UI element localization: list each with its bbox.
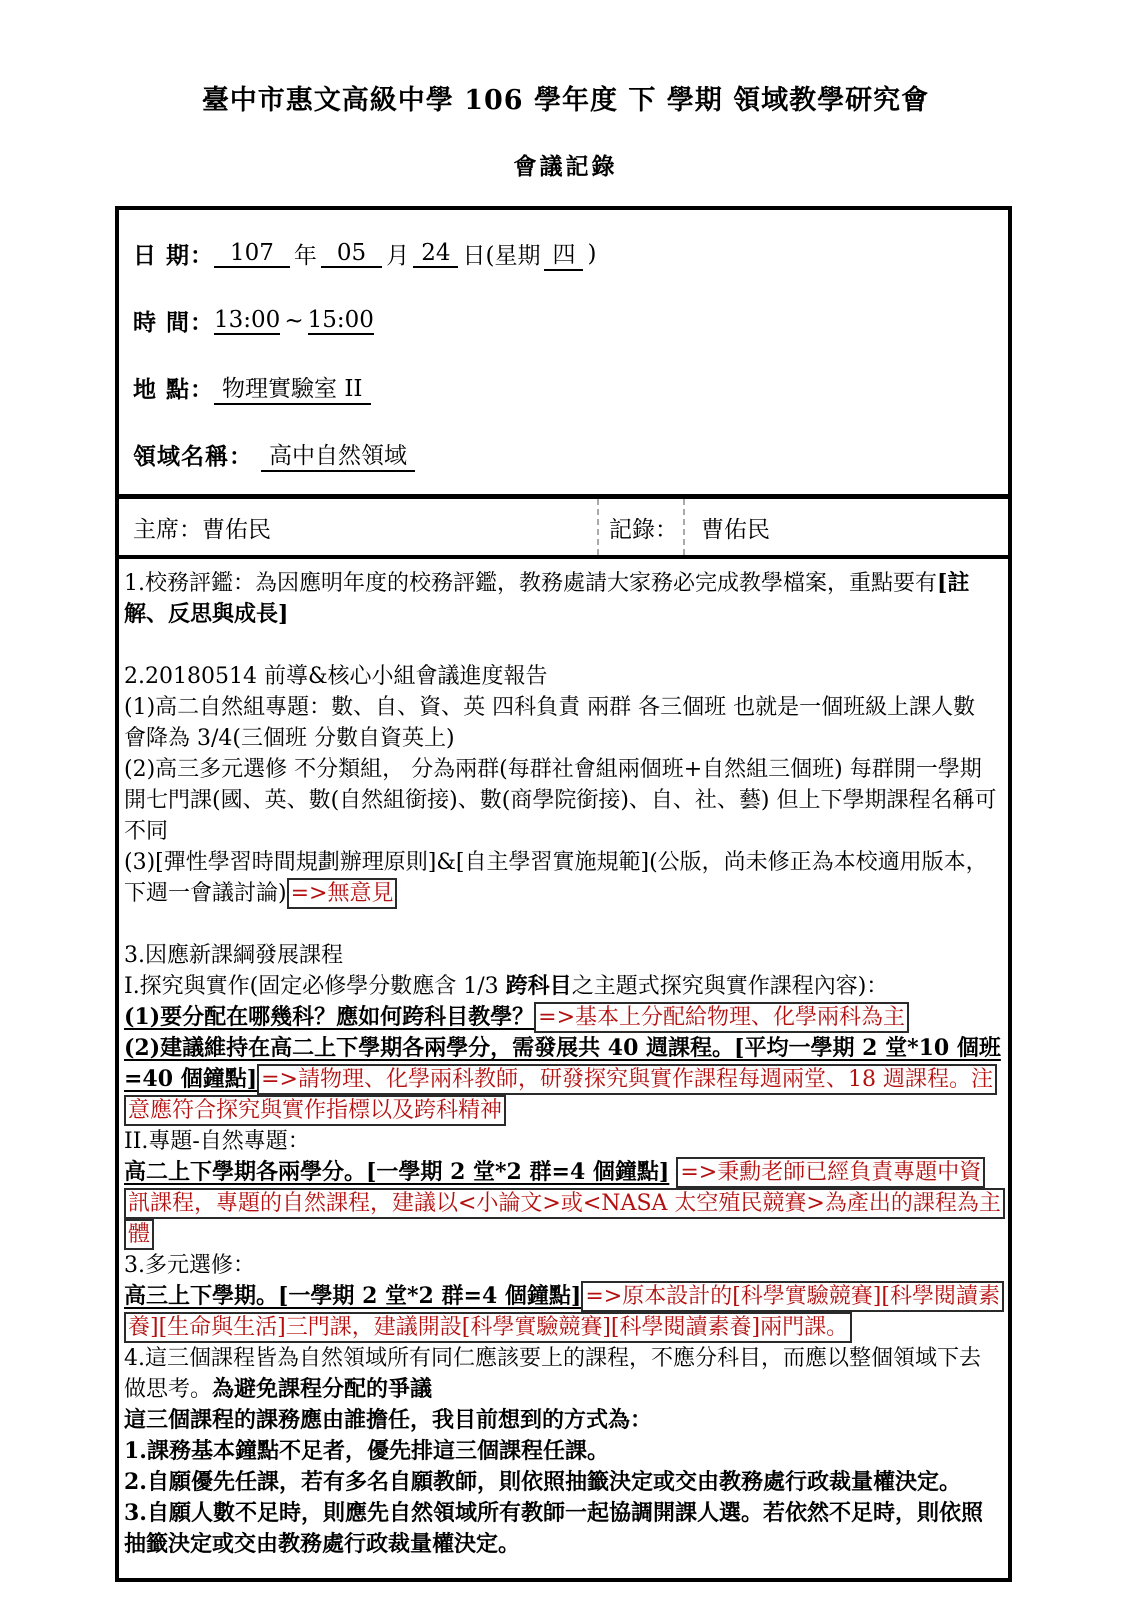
time-start-value: 13:00 — [214, 307, 280, 335]
place-value: 物理實驗室 II — [214, 370, 370, 405]
annotation-red-boxed-text: =>無意見 — [287, 878, 398, 909]
text-run: 為避免課程分配的爭議 — [212, 1376, 432, 1402]
minutes-paragraph: 2.自願優先任課，若有多名自願教師，則依照抽籤決定或交由教務處行政裁量權決定。 — [124, 1467, 1002, 1498]
text-run: 1.校務評鑑：為因應明年度的校務評鑑，教務處請大家務必完成教學檔案，重點要有 — [124, 571, 937, 596]
date-close-paren: ) — [583, 241, 600, 267]
minutes-paragraph: 3.多元選修： — [124, 1250, 1002, 1281]
text-run: (1)高二自然組專題：數、自、資、英 四科負責 兩群 各三個班 也就是一個班級上… — [124, 695, 975, 751]
minutes-paragraph: 3.因應新課綱發展課程 — [124, 940, 1002, 971]
text-run: 3.多元選修： — [124, 1253, 255, 1278]
text-run: 3.自願人數不足時，則應先自然領域所有教師一起協調開課人選。若依然不足時，則依照… — [124, 1500, 983, 1557]
chair-label: 主席： — [133, 511, 202, 544]
date-year-unit: 年 — [290, 237, 321, 270]
text-run: 這三個課程的課務應由誰擔任，我目前想到的方式為： — [124, 1407, 652, 1433]
date-day-unit: 日(星期 — [458, 237, 544, 270]
minutes-table: 日 期： 107 年 05 月 24 日(星期 四 ) 時 間： 13:00 ~… — [115, 206, 1012, 1582]
domain-row: 領域名稱： 高中自然領域 — [133, 421, 998, 488]
chair-row: 主席： 曹佑民 記錄： 曹佑民 — [119, 499, 1008, 559]
text-run: 3.因應新課綱發展課程 — [124, 943, 343, 968]
minutes-paragraph: (1)高二自然組專題：數、自、資、英 四科負責 兩群 各三個班 也就是一個班級上… — [124, 692, 1002, 754]
text-run: I.探究與實作(固定必修學分數應含 1/3 — [124, 974, 506, 999]
minutes-paragraph: (3)[彈性學習時間規劃辦理原則]&[自主學習實施規範](公版，尚未修正為本校適… — [124, 847, 1002, 909]
minutes-paragraph: 4.這三個課程皆為自然領域所有同仁應該要上的課程，不應分科目，而應以整個領域下去… — [124, 1343, 1002, 1405]
date-year-value: 107 — [214, 240, 290, 268]
time-end-value: 15:00 — [308, 307, 374, 335]
minutes-paragraph: I.探究與實作(固定必修學分數應含 1/3 跨科目之主題式探究與實作課程內容)： — [124, 971, 1002, 1002]
date-weekday-value: 四 — [544, 236, 583, 271]
text-run: 高二上下學期各兩學分。[一學期 2 堂*2 群=4 個鐘點] — [124, 1159, 669, 1185]
page-title: 臺中市惠文高級中學 106 學年度 下 學期 領域教學研究會 — [0, 78, 1131, 117]
text-run: (1)要分配在哪幾科？應如何跨科目教學？ — [124, 1004, 534, 1030]
place-row: 地 點： 物理實驗室 II — [133, 354, 998, 421]
date-row: 日 期： 107 年 05 月 24 日(星期 四 ) — [133, 220, 998, 287]
date-day-value: 24 — [413, 240, 458, 268]
time-label: 時 間： — [133, 304, 214, 337]
info-section: 日 期： 107 年 05 月 24 日(星期 四 ) 時 間： 13:00 ~… — [119, 210, 1008, 499]
minutes-paragraph: 3.自願人數不足時，則應先自然領域所有教師一起協調開課人選。若依然不足時，則依照… — [124, 1498, 1002, 1560]
text-run: 2.20180514 前導&核心小組會議進度報告 — [124, 664, 548, 689]
recorder-name-cell: 曹佑民 — [685, 499, 1008, 555]
page-subtitle: 會議記錄 — [0, 148, 1131, 181]
minutes-body: 1.校務評鑑：為因應明年度的校務評鑑，教務處請大家務必完成教學檔案，重點要有[註… — [119, 559, 1008, 1578]
minutes-paragraph — [124, 909, 1002, 940]
text-run: II.專題-自然專題： — [124, 1129, 310, 1154]
minutes-paragraph: 高三上下學期。[一學期 2 堂*2 群=4 個鐘點]=>原本設計的[科學實驗競賽… — [124, 1281, 1002, 1343]
minutes-paragraph — [124, 630, 1002, 661]
text-run: 跨科目 — [506, 973, 572, 999]
minutes-paragraph: 1.課務基本鐘點不足者，優先排這三個課程任課。 — [124, 1436, 1002, 1467]
recorder-label: 記錄： — [609, 511, 678, 544]
place-label: 地 點： — [133, 371, 214, 404]
date-month-unit: 月 — [382, 237, 413, 270]
minutes-paragraph: 2.20180514 前導&核心小組會議進度報告 — [124, 661, 1002, 692]
minutes-paragraph: 高二上下學期各兩學分。[一學期 2 堂*2 群=4 個鐘點] =>秉勳老師已經負… — [124, 1157, 1002, 1250]
minutes-paragraph: 1.校務評鑑：為因應明年度的校務評鑑，教務處請大家務必完成教學檔案，重點要有[註… — [124, 568, 1002, 630]
chair-name: 曹佑民 — [202, 511, 271, 544]
text-run: 高三上下學期。[一學期 2 堂*2 群=4 個鐘點] — [124, 1283, 581, 1309]
minutes-paragraph: 這三個課程的課務應由誰擔任，我目前想到的方式為： — [124, 1405, 1002, 1436]
minutes-paragraph: II.專題-自然專題： — [124, 1126, 1002, 1157]
text-run: 2.自願優先任課，若有多名自願教師，則依照抽籤決定或交由教務處行政裁量權決定。 — [124, 1469, 961, 1495]
text-run: (3)[彈性學習時間規劃辦理原則]&[自主學習實施規範](公版，尚未修正為本校適… — [124, 850, 988, 906]
time-tilde: ~ — [280, 308, 307, 334]
domain-name-label: 領域名稱： — [133, 438, 253, 471]
date-month-value: 05 — [321, 240, 382, 268]
date-label: 日 期： — [133, 237, 214, 270]
text-run: 之主題式探究與實作課程內容)： — [572, 974, 889, 999]
time-row: 時 間： 13:00 ~ 15:00 — [133, 287, 998, 354]
text-run: (2)高三多元選修 不分類組， 分為兩群(每群社會組兩個班+自然組三個班) 每群… — [124, 757, 997, 844]
recorder-name: 曹佑民 — [701, 511, 770, 544]
text-run: 1.課務基本鐘點不足者，優先排這三個課程任課。 — [124, 1438, 609, 1464]
domain-name-value: 高中自然領域 — [261, 437, 415, 472]
annotation-red-boxed-text: =>基本上分配給物理、化學兩科為主 — [534, 1002, 909, 1033]
recorder-label-cell: 記錄： — [597, 499, 685, 555]
minutes-paragraph: (2)建議維持在高二上下學期各兩學分，需發展共 40 週課程。[平均一學期 2 … — [124, 1033, 1002, 1126]
minutes-paragraph: (2)高三多元選修 不分類組， 分為兩群(每群社會組兩個班+自然組三個班) 每群… — [124, 754, 1002, 847]
chair-cell: 主席： 曹佑民 — [119, 499, 597, 555]
minutes-paragraph: (1)要分配在哪幾科？應如何跨科目教學？=>基本上分配給物理、化學兩科為主 — [124, 1002, 1002, 1033]
